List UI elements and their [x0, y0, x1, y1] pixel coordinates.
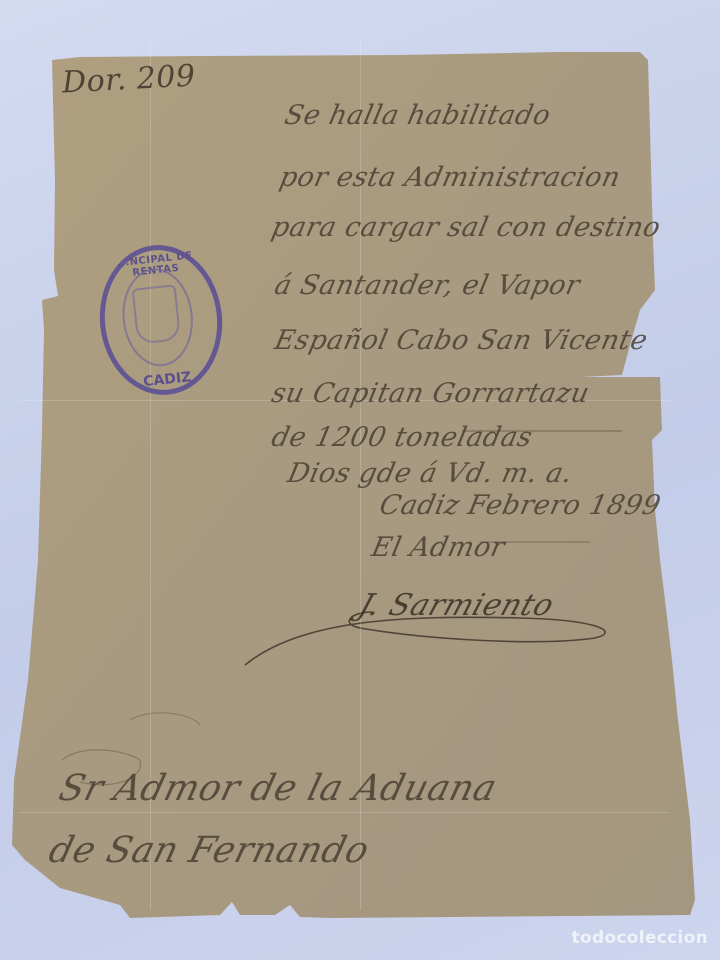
closing-line: Dios gde á Vd. m. a.: [285, 458, 576, 489]
body-line: por esta Administracion: [277, 162, 624, 193]
official-stamp: ...NCIPAL DE RENTAS CADIZ: [92, 239, 229, 401]
reference-number: Dor. 209: [61, 59, 196, 101]
body-line: su Capitan Gorrartazu: [269, 378, 593, 409]
body-line: á Santander, el Vapor: [272, 270, 583, 301]
watermark: todocoleccion: [572, 928, 708, 948]
date-line: Cadiz Febrero 1899: [377, 490, 664, 521]
title-line: El Admor: [369, 532, 508, 563]
body-line: para cargar sal con destino: [269, 212, 664, 243]
addressee-line: de San Fernando: [45, 830, 373, 871]
document-sheet: Dor. 209 Se halla habilitado por esta Ad…: [0, 0, 720, 960]
coat-of-arms-icon: [132, 284, 182, 344]
body-line: de 1200 toneladas: [269, 422, 536, 453]
signature: J. Sarmiento: [354, 588, 558, 623]
addressee-line: Sr Admor de la Aduana: [55, 768, 501, 809]
body-line: Se halla habilitado: [282, 100, 554, 131]
fold-line: [20, 812, 670, 813]
body-line: Español Cabo San Vicente: [272, 325, 651, 356]
